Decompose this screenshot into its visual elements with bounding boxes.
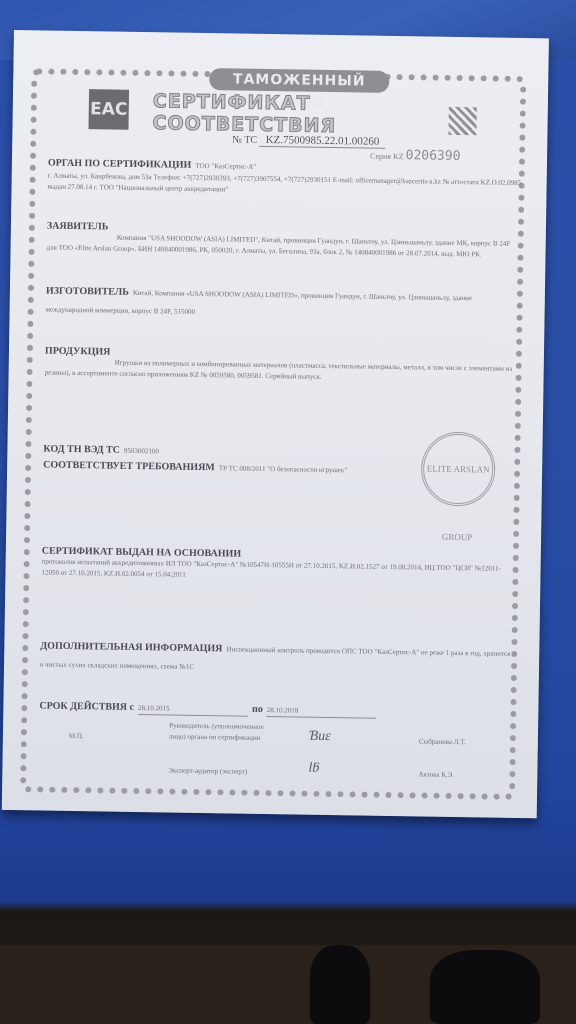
validity-to: 28.10.2018 — [267, 705, 377, 719]
customs-union-banner: ТАМОЖЕННЫЙ СОЮЗ — [209, 68, 389, 93]
expert-label: Эксперт-аудитор (эксперт) — [168, 766, 247, 778]
compliance-value: ТР ТС 008/2011 "О безопасности игрушек" — [219, 464, 348, 474]
shoe-right — [430, 950, 540, 1024]
validity-from: 28.10.2015 — [138, 703, 248, 717]
section-extra: ДОПОЛНИТЕЛЬНАЯ ИНФОРМАЦИЯ Инспекционный … — [40, 635, 516, 678]
manufacturer-label: ИЗГОТОВИТЕЛЬ — [46, 286, 129, 298]
code-value: 9503002100 — [124, 447, 159, 456]
number-label: № ТС — [232, 134, 257, 145]
head-label: Руководитель (уполномоченное лицо) орган… — [169, 721, 279, 745]
certificate-title: СЕРТИФИКАТ СООТВЕТСТВИЯ — [152, 90, 443, 139]
certificate-number: № ТС KZ.7500985.22.01.00260 — [232, 133, 385, 147]
compliance-label: СООТВЕТСТВУЕТ ТРЕБОВАНИЯМ — [43, 460, 215, 474]
validity-label: СРОК ДЕЙСТВИЯ с — [39, 700, 134, 712]
number-value: KZ.7500985.22.01.00260 — [260, 134, 386, 149]
eac-logo-icon: ЕАС — [88, 89, 129, 130]
head-name: Сыбранова Л.Т. — [419, 736, 466, 748]
mp-label: М.П. — [69, 731, 84, 742]
organ-label: ОРГАН ПО СЕРТИФИКАЦИИ — [48, 158, 192, 171]
expert-name: Актова К.Э. — [418, 769, 454, 781]
head-signature: Ɓиɛ — [309, 729, 331, 745]
certificate-document: ТАМОЖЕННЫЙ СОЮЗ ЕАС СЕРТИФИКАТ СООТВЕТСТ… — [2, 30, 549, 818]
hologram-icon — [448, 107, 476, 135]
shoe-left — [310, 945, 370, 1024]
section-manufacturer: ИЗГОТОВИТЕЛЬ Китай, Компания «USA SHOODO… — [46, 281, 522, 324]
validity-to-label: по — [252, 704, 263, 715]
extra-label: ДОПОЛНИТЕЛЬНАЯ ИНФОРМАЦИЯ — [40, 640, 222, 654]
section-organ: ОРГАН ПО СЕРТИФИКАЦИИ ТОО "КазСертис-А" … — [47, 153, 523, 200]
expert-signature: Ɩƃ — [308, 761, 319, 777]
organ-name: ТОО "КазСертис-А" — [195, 162, 256, 171]
